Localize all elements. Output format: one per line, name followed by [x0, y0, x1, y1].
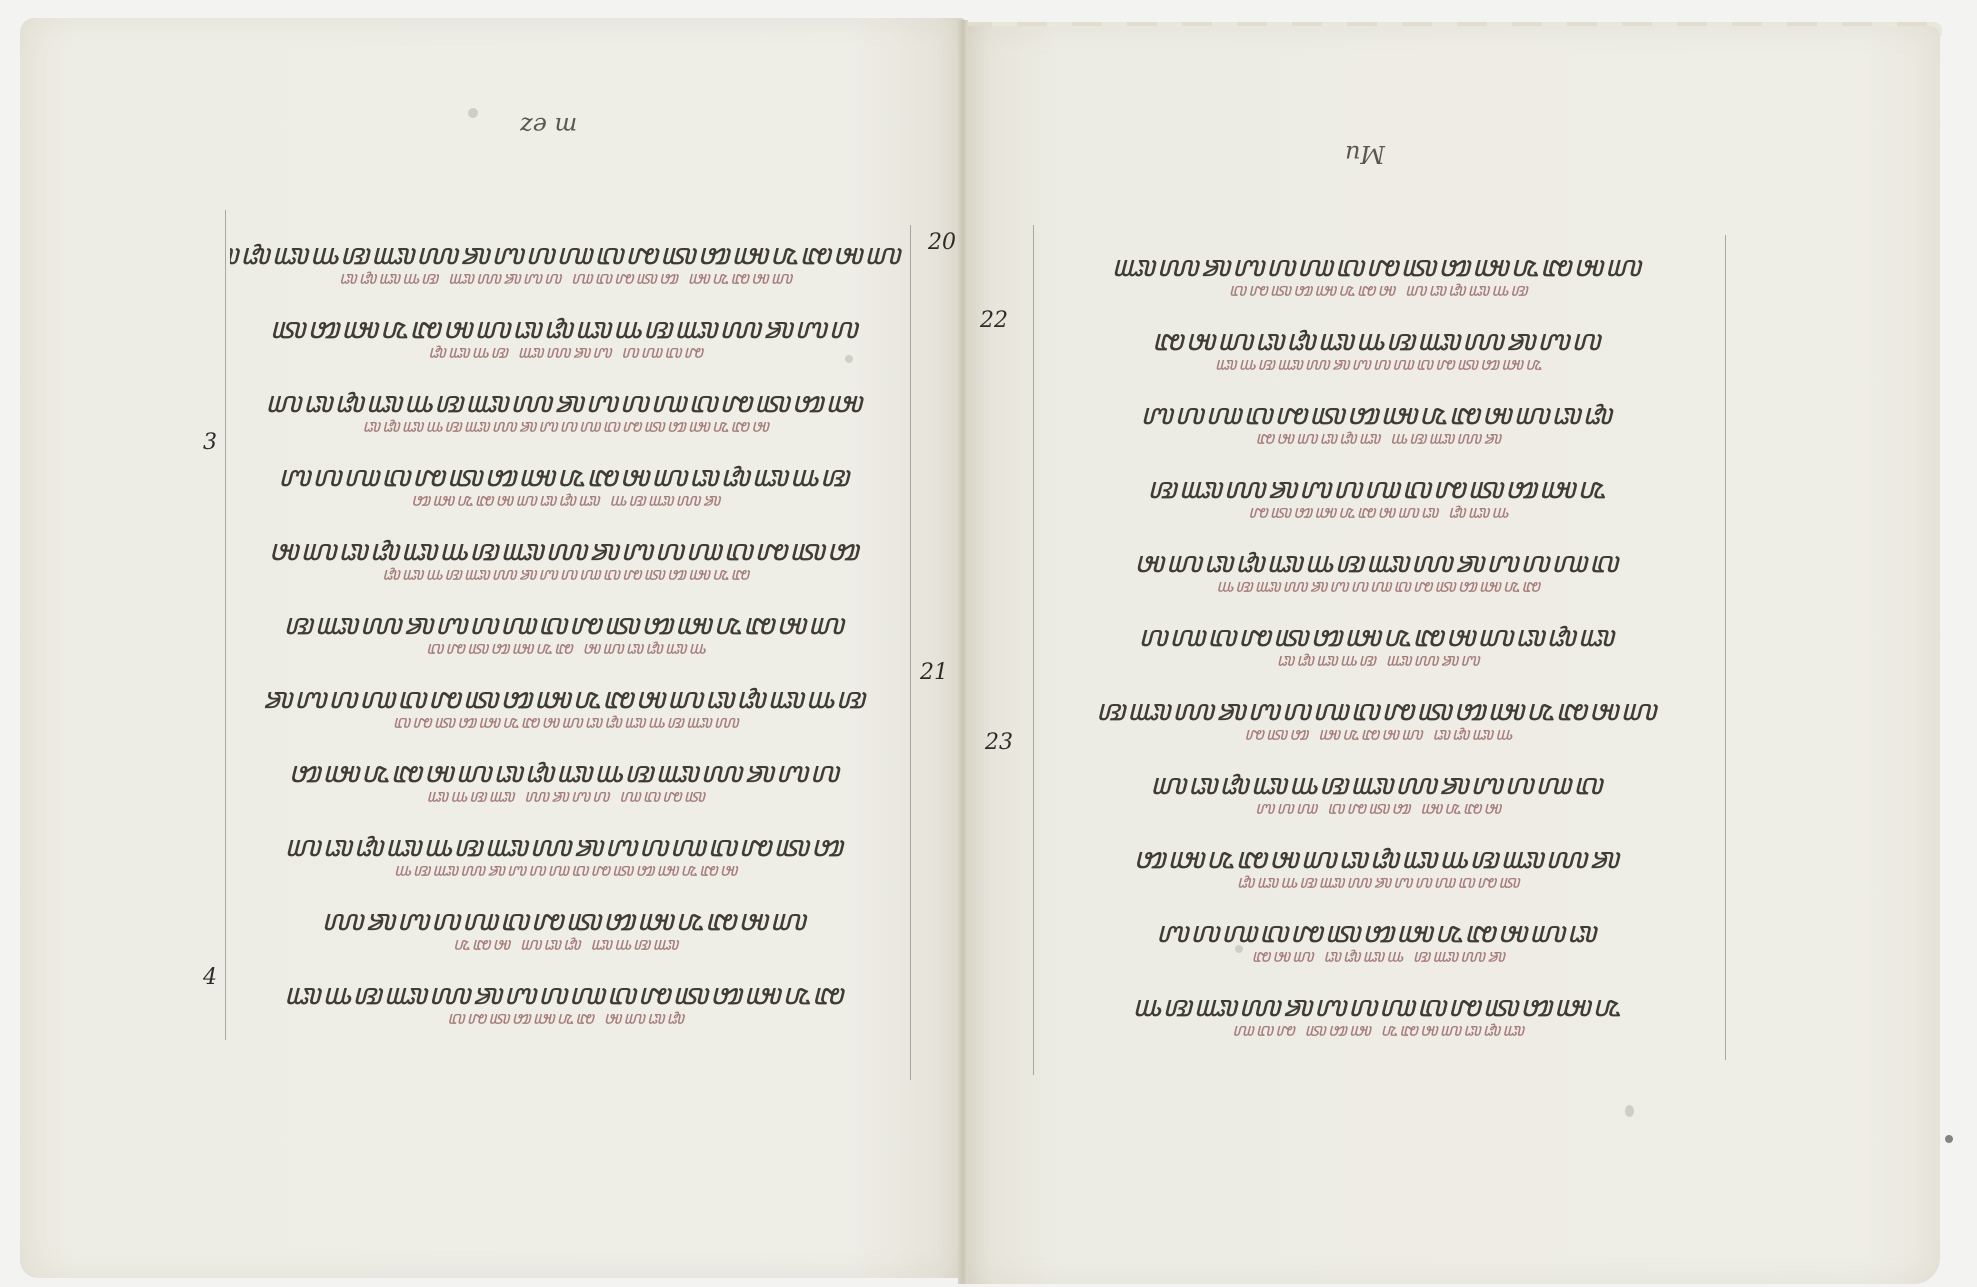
script-line-red: ꦕꦫꦏꦢꦠꦱꦮꦭꦥꦝꦗꦪꦚꦩꦒꦧꦛ — [230, 553, 905, 589]
left-page-header: m ez — [520, 112, 577, 140]
left-page-rule-right — [910, 225, 911, 1080]
paper-spot — [845, 355, 853, 363]
right-page-rule-right — [1725, 235, 1726, 1060]
script-line-red: ꦛꦔꦲꦤ ꦕꦫꦏꦢꦠꦱꦮ — [230, 997, 905, 1033]
script-line-red: ꦤꦕꦫꦏꦢꦠꦱꦮꦭꦥꦝꦗꦪꦚꦩꦒꦧꦛꦔ — [230, 405, 905, 441]
script-line-red: ꦱꦮꦭꦥ ꦝꦗꦪꦚ ꦩꦒꦧꦛ — [230, 331, 905, 367]
paper-spot — [1625, 1105, 1634, 1117]
right-page-header: Mu — [1345, 140, 1385, 168]
open-manuscript: m ez Mu 20 3 21 4 22 23 ꦲꦤꦕꦫꦏꦢꦠꦱꦮꦭꦥꦝꦗꦪꦚꦩ… — [0, 0, 1977, 1287]
script-line-red: ꦒꦧꦛ ꦔꦲꦤꦕꦫꦏꦢꦠꦱ — [1040, 491, 1720, 527]
script-line-red: ꦗꦪꦚꦩꦒ ꦧꦛꦔꦲꦤꦕꦫꦏꦢ — [230, 479, 905, 515]
paper-spot — [1945, 1135, 1953, 1143]
script-line-red: ꦗꦪꦚꦩꦒ ꦧꦛꦔꦲꦤꦕ — [1040, 417, 1720, 453]
script-line-red: ꦗꦪꦚꦩ ꦒꦧꦛꦔ ꦲꦤꦕ — [1040, 935, 1720, 971]
margin-number: 22 — [980, 308, 1008, 333]
script-line-red: ꦧꦛꦔꦲꦤꦕꦫ ꦏꦢꦠ ꦱꦮꦭ — [1040, 1009, 1720, 1045]
script-line-red: ꦠꦱꦮꦭ ꦥꦝꦗꦪ ꦚꦩꦒꦧ — [230, 775, 905, 811]
margin-number: 4 — [203, 965, 217, 990]
script-line-red: ꦕꦫꦏꦢꦠꦱꦮꦭꦥꦝꦗꦪꦚꦩꦒ — [1040, 565, 1720, 601]
book-gutter — [958, 20, 968, 1284]
script-line-red: ꦚꦩꦒꦧ ꦛꦔꦲ ꦤꦕꦫ — [230, 923, 905, 959]
margin-number: 3 — [203, 430, 217, 455]
margin-number: 23 — [985, 730, 1013, 755]
script-line-red: ꦩꦒꦧꦛꦔꦲ ꦤꦕꦫꦏꦢꦠꦱꦮ — [1040, 269, 1720, 305]
script-line-red: ꦫꦏꦢꦠꦱꦮꦭꦥꦝꦗꦪꦚꦩꦒꦧ — [1040, 343, 1720, 379]
script-line-red: ꦪꦚꦩꦒꦧꦛꦔꦲꦤꦕꦫꦏꦢꦠꦱꦮ — [230, 701, 905, 737]
script-line-red: ꦒꦧꦛꦔ ꦲꦤꦕꦫꦏ ꦢꦠꦱ — [1040, 713, 1720, 749]
left-page-rule-left — [225, 210, 226, 1040]
paper-spot — [1235, 945, 1243, 953]
script-line-red: ꦤꦕꦫꦏ ꦢꦠꦱꦮ ꦭꦥꦝ — [1040, 787, 1720, 823]
script-line-red: ꦲꦤꦕꦫꦏ ꦢꦠꦱꦮꦭ ꦥꦝꦗꦪꦚ ꦩꦒꦧꦛꦔ — [230, 257, 905, 293]
script-line-red: ꦤꦕꦫꦏꦢꦠꦱꦮꦭꦥꦝꦗꦪꦚꦩꦒ — [230, 849, 905, 885]
script-line-red: ꦒꦧꦛꦔꦲꦤ ꦕꦫꦏꦢꦠꦱꦮ — [230, 627, 905, 663]
right-page-rule-left — [1033, 225, 1034, 1075]
margin-number: 20 — [928, 230, 956, 255]
margin-number: 21 — [920, 660, 948, 685]
paper-spot — [468, 108, 478, 118]
script-line-red: ꦝꦗꦪꦚ ꦩꦒꦧꦛꦔ — [1040, 639, 1720, 675]
script-line-red: ꦠꦱꦮꦭꦥꦝꦗꦪꦚꦩꦒꦧꦛ — [1040, 861, 1720, 897]
